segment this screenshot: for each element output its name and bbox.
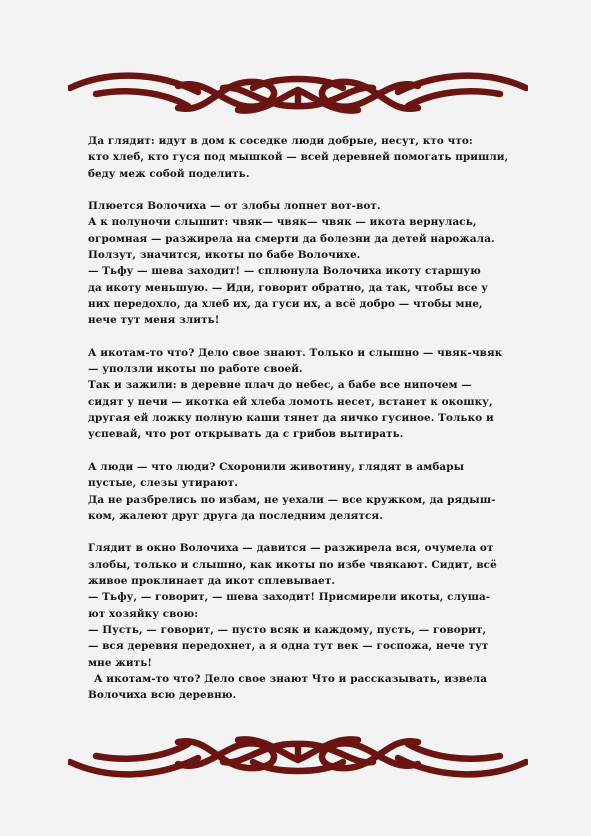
paragraph-4: А люди — что люди? Схоронили животину, г… [88,459,518,524]
text-line: живое проклинает да икот сплевывает. [88,573,518,589]
text-line: да икоту меньшую. — Иди, говорит обратно… [88,280,518,296]
text-line: пустые, слезы утирают. [88,475,518,491]
text-line: — Пусть, — говорит, — пусто всяк и каждо… [88,622,518,638]
text-line: другая ей ложку полную каши тянет да яич… [88,410,518,426]
paragraph-3: А икотам-то что? Дело свое знают. Только… [88,345,518,443]
text-line: — Тьфу, — говорит, — шева заходит! Присм… [88,589,518,605]
text-line: А люди — что люди? Схоронили животину, г… [88,459,518,475]
text-line: А икотам-то что? Дело свое знают Что и р… [88,671,518,687]
celtic-knot-border-icon [68,728,528,788]
text-line: А икотам-то что? Дело свое знают. Только… [88,345,518,361]
text-line: — Тьфу — шева заходит! — сплюнула Волочи… [88,263,518,279]
text-line: Глядит в окно Волочиха — давится — разжи… [88,540,518,556]
text-line: них передохло, да хлеб их, да гуси их, а… [88,296,518,312]
text-line: Так и зажили: в деревне плач до небес, а… [88,377,518,393]
text-line: огромная — разжирела на смерти да болезн… [88,231,518,247]
text-line: мне жить! [88,655,518,671]
text-line: успевай, что рот открывать да с грибов в… [88,426,518,442]
paragraph-2: Плюется Волочиха — от злобы лопнет вот-в… [88,198,518,328]
text-line: Да глядит: идут в дом к соседке люди доб… [88,133,518,149]
text-line: злобы, только и слышно, как икоты по изб… [88,557,518,573]
document-page: Да глядит: идут в дом к соседке люди доб… [0,0,591,836]
text-line: Да не разбрелись по избам, не уехали — в… [88,492,518,508]
paragraph-5: Глядит в окно Волочиха — давится — разжи… [88,540,518,703]
text-line: беду меж собой поделить. [88,166,518,182]
text-line: нече тут меня злить! [88,312,518,328]
text-line: Плюется Волочиха — от злобы лопнет вот-в… [88,198,518,214]
bottom-ornament [68,728,528,788]
top-ornament [68,62,528,122]
text-line: А к полуночи слышит: чвяк— чвяк— чвяк — … [88,214,518,230]
text-line: кто хлеб, кто гуся под мышкой — всей дер… [88,149,518,165]
paragraph-1: Да глядит: идут в дом к соседке люди доб… [88,133,518,182]
celtic-knot-border-icon [68,62,528,122]
text-line: ком, жалеют друг друга да последним деля… [88,508,518,524]
text-line: — уползли икоты по работе своей. [88,361,518,377]
story-text: Да глядит: идут в дом к соседке люди доб… [88,133,518,720]
text-line: — вся деревня передохнет, а я одна тут в… [88,638,518,654]
text-line: ют хозяйку свою: [88,606,518,622]
text-line: сидят у печи — икотка ей хлеба ломоть не… [88,394,518,410]
text-line: Волочиха всю деревню. [88,687,518,703]
text-line: Ползут, значится, икоты по бабе Волочихе… [88,247,518,263]
